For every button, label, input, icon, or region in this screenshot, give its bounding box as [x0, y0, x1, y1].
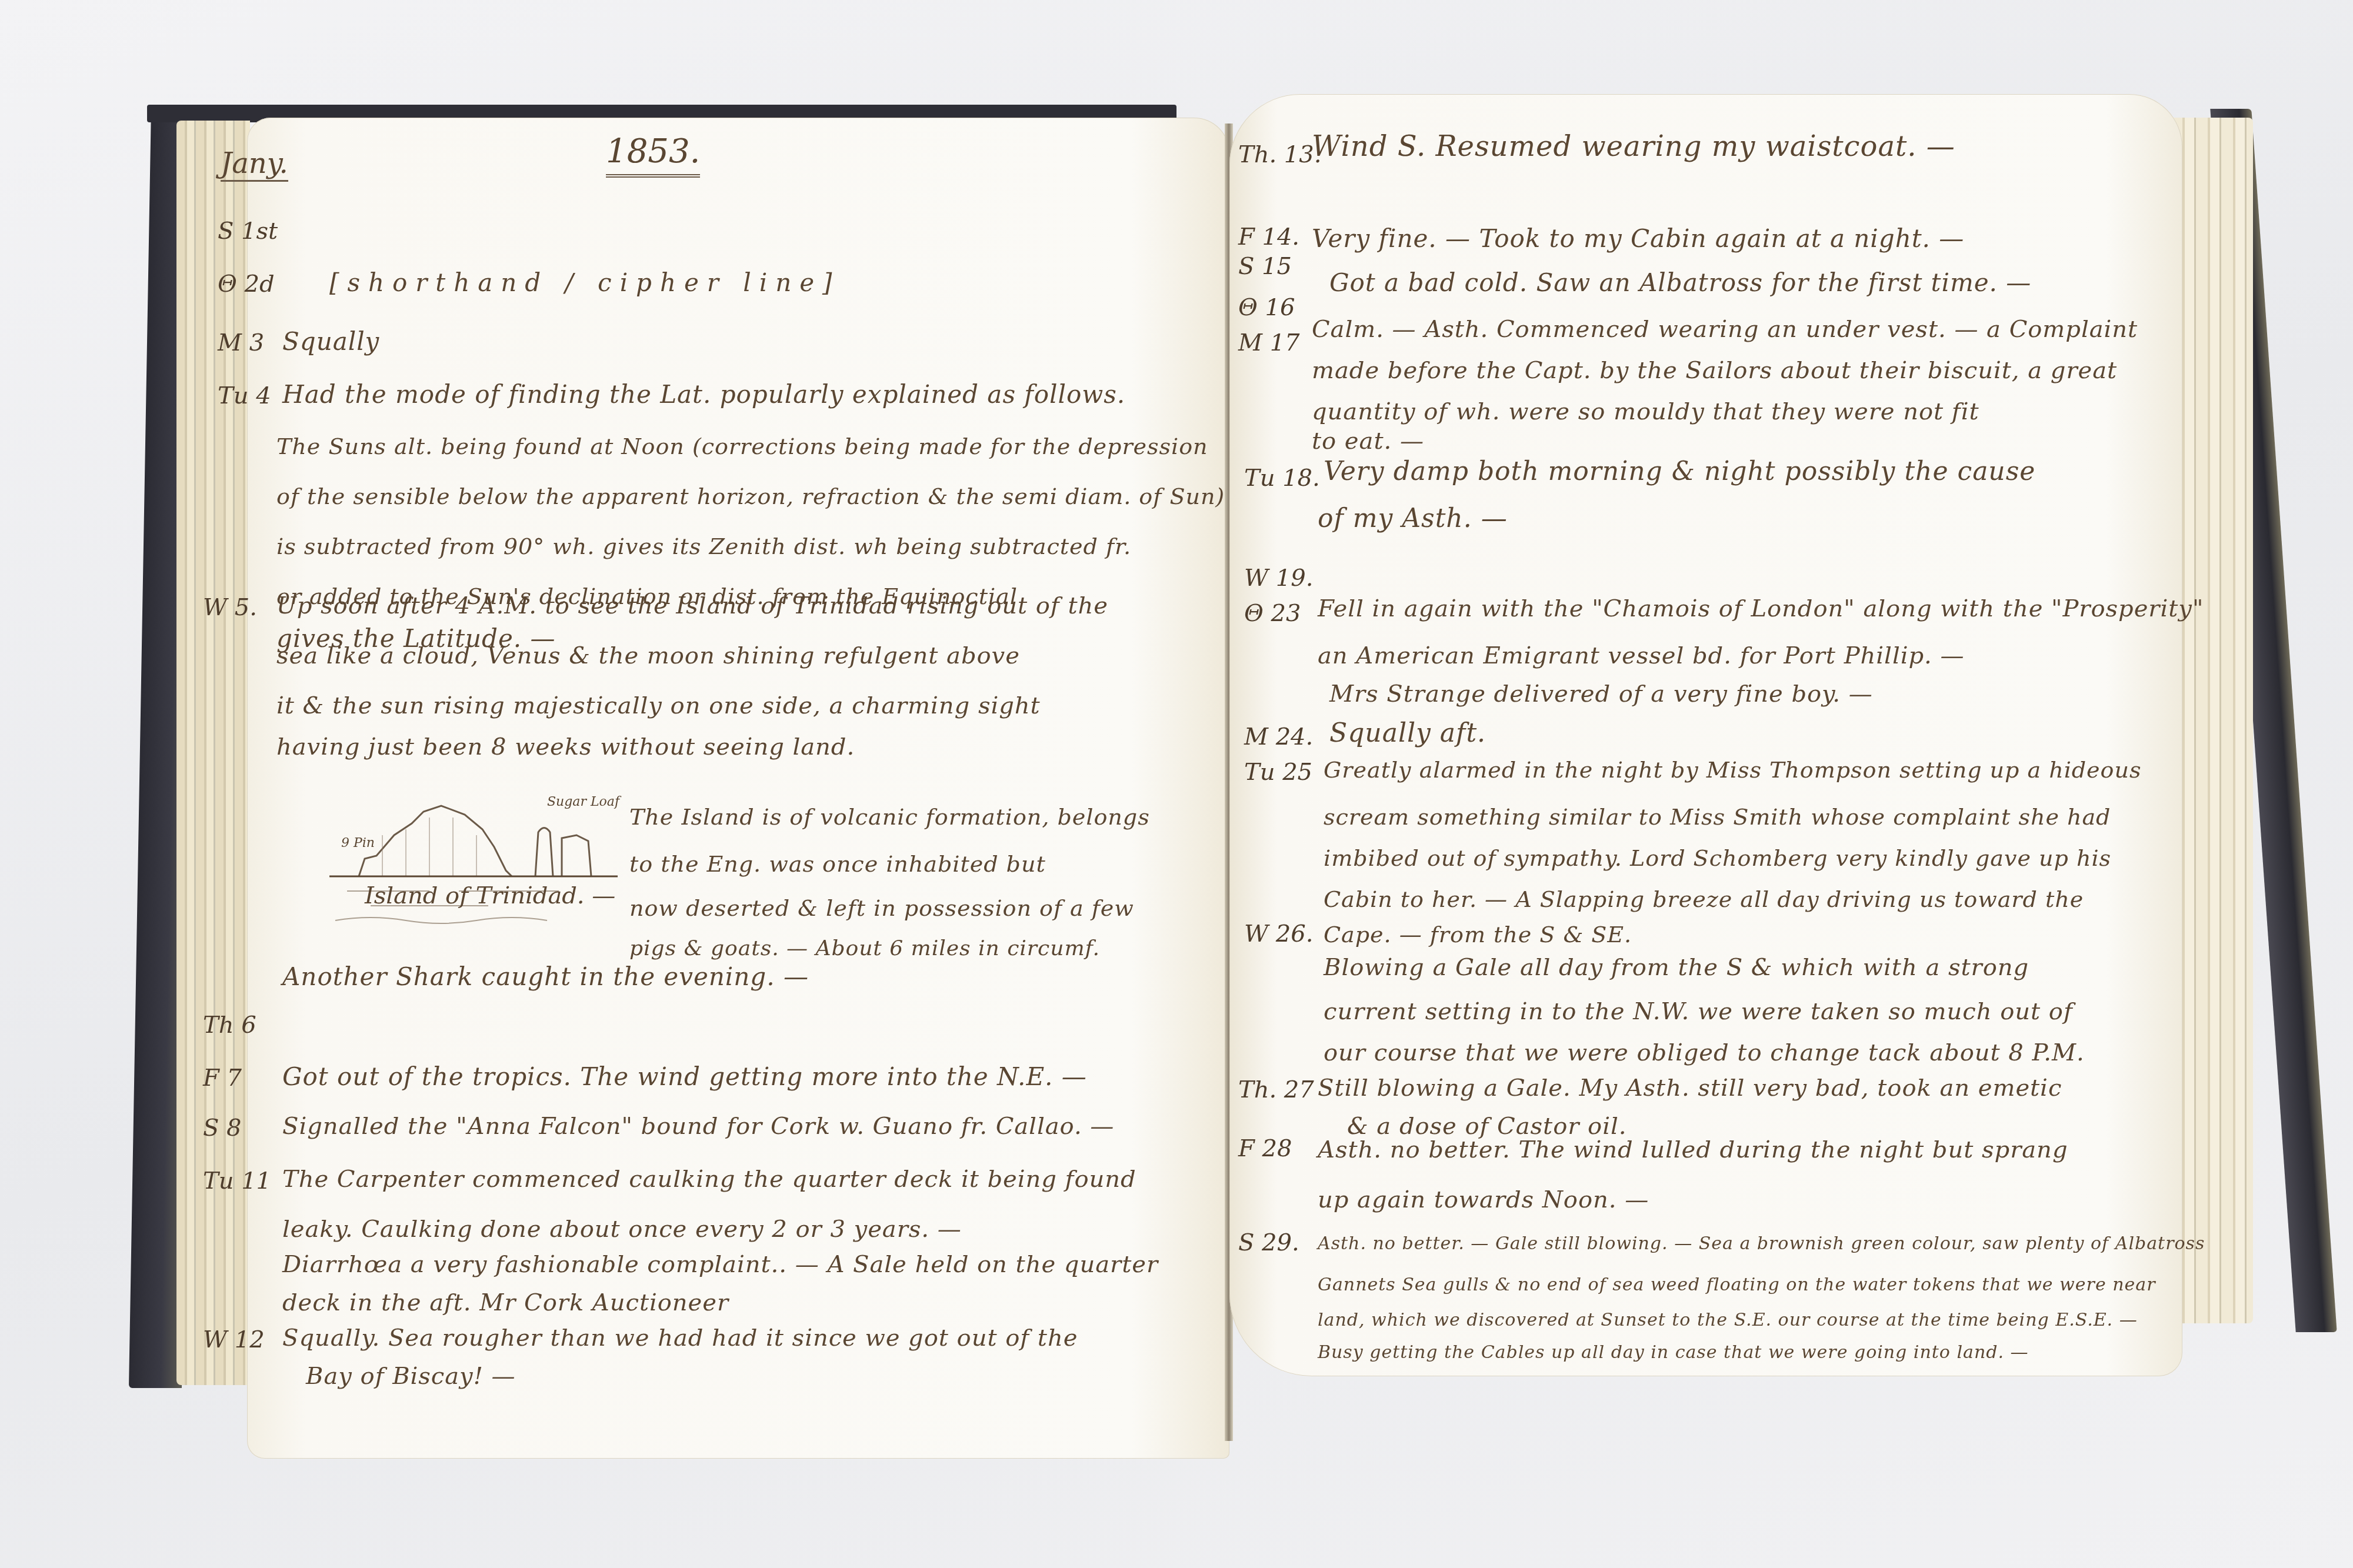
page-edges-right	[2171, 118, 2253, 1323]
entry-line: is subtracted from 90° wh. gives its Zen…	[276, 535, 1131, 558]
entry-line: Diarrhœa a very fashionable complaint.. …	[282, 1253, 1158, 1276]
svg-text:Sugar Loaf: Sugar Loaf	[547, 795, 622, 809]
entry-date: Th. 13.	[1238, 141, 1321, 168]
entry-line: made before the Capt. by the Sailors abo…	[1312, 359, 2117, 382]
entry-line: Another Shark caught in the evening. —	[282, 965, 809, 989]
entry-line: Bay of Biscay! —	[306, 1365, 516, 1388]
entry-line: Wind S. Resumed wearing my waistcoat. —	[1312, 132, 1955, 161]
entry-line: The Island is of volcanic formation, bel…	[629, 806, 1150, 828]
entry-line: leaky. Caulking done about once every 2 …	[282, 1217, 962, 1241]
entry-line: of my Asth. —	[1318, 506, 1508, 532]
entry-line: Had the mode of finding the Lat. popular…	[282, 382, 1125, 407]
entry-date: W 12	[203, 1326, 265, 1353]
entry-date: S 29.	[1238, 1229, 1299, 1256]
entry-line: Squally. Sea rougher than we had had it …	[282, 1326, 1078, 1350]
sketch-caption: Island of Trinidad. —	[365, 882, 615, 909]
entry-line: Calm. — Asth. Commenced wearing an under…	[1312, 318, 2138, 341]
entry-line: The Carpenter commenced caulking the qua…	[282, 1167, 1136, 1191]
entry-date: W 26.	[1244, 920, 1313, 948]
entry-line: Very fine. — Took to my Cabin again at a…	[1312, 226, 1964, 251]
entry-line: Got out of the tropics. The wind getting…	[282, 1065, 1087, 1089]
entry-line: our course that we were obliged to chang…	[1324, 1041, 2085, 1065]
entry-date: Θ 23	[1244, 600, 1301, 627]
entry-line: Mrs Strange delivered of a very fine boy…	[1329, 682, 1873, 706]
entry-line: quantity of wh. were so mouldy that they…	[1312, 400, 1979, 423]
entry-line: it & the sun rising majestically on one …	[276, 694, 1041, 718]
entry-date: Th. 27	[1238, 1076, 1314, 1103]
entry-date: S 15	[1238, 253, 1292, 280]
entry-line: current setting in to the N.W. we were t…	[1324, 1000, 2073, 1023]
entry-line: Cabin to her. — A Slapping breeze all da…	[1324, 888, 2084, 910]
entry-date: S 8	[203, 1115, 242, 1142]
entry-line: Asth. no better. The wind lulled during …	[1318, 1138, 2068, 1162]
entry-line: Squally aft.	[1329, 720, 1486, 746]
entry-line: to the Eng. was once inhabited but	[629, 853, 1046, 875]
entry-line: to eat. —	[1312, 429, 1424, 453]
entry-date: Tu 4	[218, 382, 271, 409]
entry-line: of the sensible below the apparent horiz…	[276, 485, 1225, 508]
entry-line: Blowing a Gale all day from the S & whic…	[1324, 956, 2029, 979]
entry-date: F 14.	[1238, 223, 1299, 251]
entry-line: & a dose of Castor oil.	[1347, 1115, 1627, 1138]
entry-line: Asth. no better. — Gale still blowing. —…	[1318, 1235, 2205, 1253]
year-heading: 1853.	[606, 132, 700, 178]
shorthand-line: [shorthand / cipher line]	[329, 271, 840, 295]
entry-date: W 19.	[1244, 565, 1313, 592]
entry-line: imbibed out of sympathy. Lord Schomberg …	[1324, 847, 2111, 869]
entry-line: Still blowing a Gale. My Asth. still ver…	[1318, 1076, 2062, 1100]
entry-date: Θ 16	[1238, 294, 1295, 321]
entry-line: Got a bad cold. Saw an Albatross for the…	[1329, 271, 2031, 295]
entry-line: Signalled the "Anna Falcon" bound for Co…	[282, 1115, 1114, 1138]
page-edges-left	[176, 121, 250, 1385]
entry-date: F 28	[1238, 1135, 1292, 1162]
entry-line: Squally	[282, 329, 379, 354]
entry-date: Tu 18.	[1244, 465, 1320, 492]
entry-date: F 7	[203, 1065, 242, 1092]
entry-date: Θ 2d	[218, 271, 275, 298]
entry-date: Tu 25	[1244, 759, 1312, 786]
entry-line: having just been 8 weeks without seeing …	[276, 735, 855, 759]
entry-line: Cape. — from the S & SE.	[1324, 923, 1632, 946]
entry-line: Fell in again with the "Chamois of Londo…	[1318, 597, 2204, 620]
entry-line: up again towards Noon. —	[1318, 1188, 1649, 1212]
entry-date: Tu 11	[203, 1167, 271, 1195]
entry-line: Greatly alarmed in the night by Miss Tho…	[1324, 759, 2141, 781]
entry-line: deck in the aft. Mr Cork Auctioneer	[282, 1291, 729, 1315]
entry-line: Up soon after 4 A.M. to see the Island o…	[276, 594, 1108, 618]
entry-date: S 1st	[218, 218, 278, 245]
entry-date: Th 6	[203, 1012, 256, 1039]
entry-line: Gannets Sea gulls & no end of sea weed f…	[1318, 1276, 2155, 1294]
entry-line: The Suns alt. being found at Noon (corre…	[276, 435, 1208, 458]
entry-date: M 3	[218, 329, 264, 356]
entry-date: M 17	[1238, 329, 1300, 356]
entry-line: Very damp both morning & night possibly …	[1324, 459, 2035, 485]
entry-line: an American Emigrant vessel bd. for Port…	[1318, 644, 1965, 668]
entry-line: scream something similar to Miss Smith w…	[1324, 806, 2111, 828]
entry-line: now deserted & left in possession of a f…	[629, 897, 1134, 919]
entry-line: Busy getting the Cables up all day in ca…	[1318, 1344, 2029, 1362]
svg-text:9 Pin: 9 Pin	[341, 836, 375, 850]
entry-line: sea like a cloud, Venus & the moon shini…	[276, 644, 1020, 668]
month-heading: Jany.	[221, 147, 288, 182]
entry-date: W 5.	[203, 594, 257, 621]
entry-line: land, which we discovered at Sunset to t…	[1318, 1312, 2138, 1329]
entry-line: pigs & goats. — About 6 miles in circumf…	[629, 938, 1100, 959]
entry-date: M 24.	[1244, 723, 1313, 750]
